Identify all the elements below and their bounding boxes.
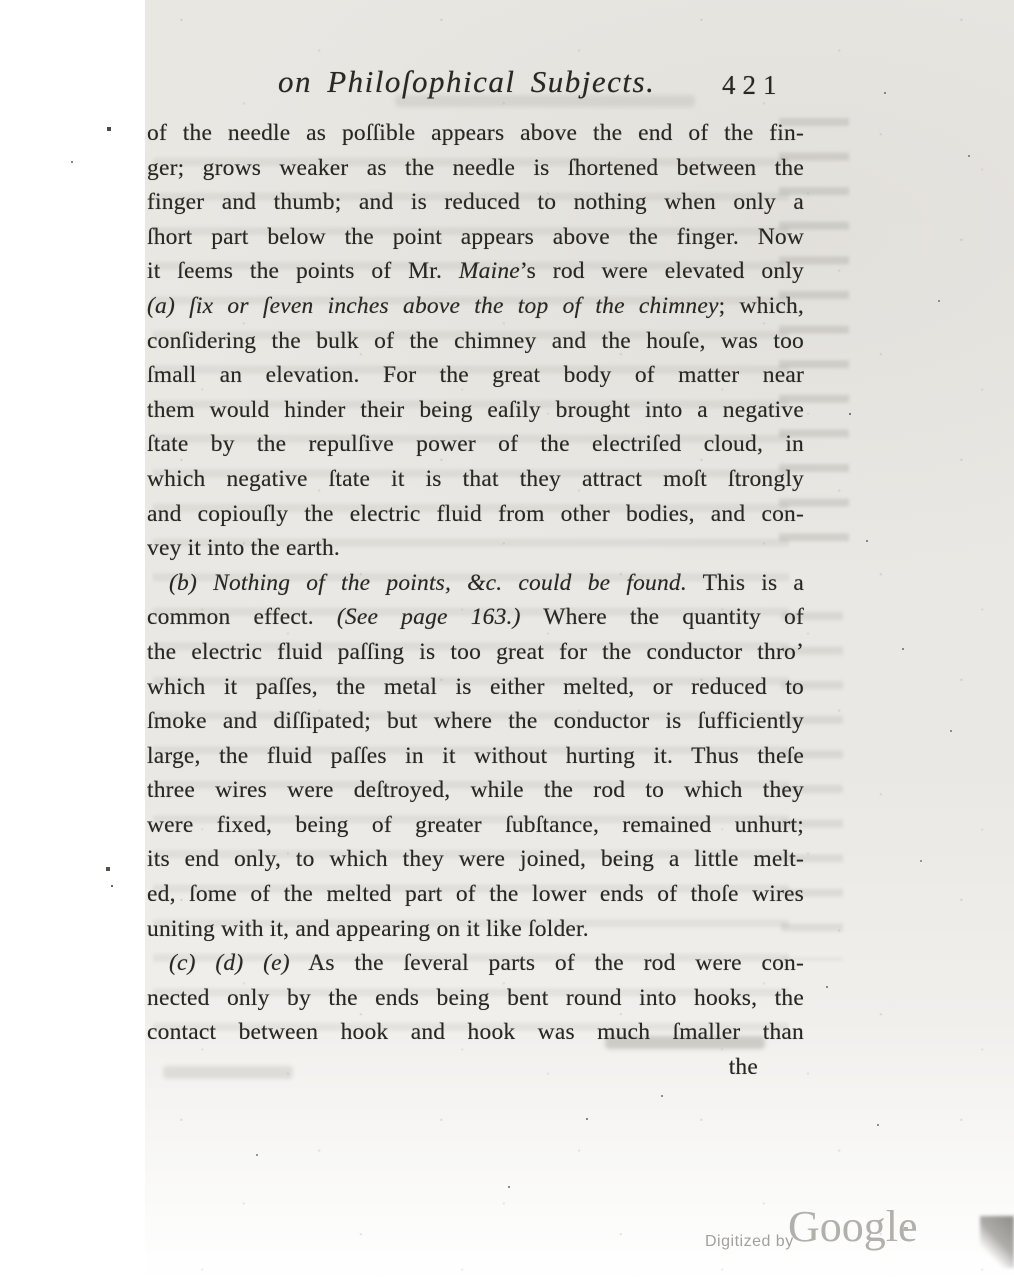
text-line: of the needle as poſſible appears above … <box>147 116 804 151</box>
text-line: (b) Nothing of the points, &c. could be … <box>147 566 804 601</box>
text-line: and copiouſly the electric fluid from ot… <box>147 497 804 532</box>
italic-text-segment: (b) Nothing of the points, &c. could be … <box>169 570 687 596</box>
text-segment: nected only by the ends being bent round… <box>147 985 804 1011</box>
paragraph: of the needle as poſſible appears above … <box>147 116 804 566</box>
text-segment: which negative ſtate it is that they att… <box>147 466 804 492</box>
text-segment: the electric fluid paſſing is too great … <box>147 639 804 665</box>
text-line: ſmoke and diſſipated; but where the cond… <box>147 704 804 739</box>
google-logo: Google <box>788 1201 918 1252</box>
text-segment: Where the quantity of <box>521 604 804 630</box>
text-line: them would hinder their being eaſily bro… <box>147 393 804 428</box>
text-line: were fixed, being of greater ſubſtance, … <box>147 808 804 843</box>
text-segment: ſhort part below the point appears above… <box>147 224 804 250</box>
text-line: (a) ſix or ſeven inches above the top of… <box>147 289 804 324</box>
text-line: (c) (d) (e) As the ſeveral parts of the … <box>147 946 804 981</box>
text-line: finger and thumb; and is reduced to noth… <box>147 185 804 220</box>
text-segment: common effect. <box>147 604 337 630</box>
text-line: common effect. (See page 163.) Where the… <box>147 600 804 635</box>
text-segment: This is a <box>687 570 804 596</box>
scan-specks <box>0 0 2 2</box>
text-line: three wires were deſtroyed, while the ro… <box>147 773 804 808</box>
text-segment: large, the fluid paſſes in it without hu… <box>147 743 804 769</box>
running-title: on Philoſophical Subjects. <box>278 64 655 100</box>
text-line: which it paſſes, the metal is either mel… <box>147 670 804 705</box>
text-segment: ſmoke and diſſipated; but where the cond… <box>147 708 804 734</box>
text-line: large, the fluid paſſes in it without hu… <box>147 739 804 774</box>
text-segment: uniting with it, and appearing on it lik… <box>147 916 589 942</box>
text-segment: it ſeems the points of Mr. <box>147 258 459 284</box>
italic-text-segment: (c) (d) (e) <box>169 950 290 976</box>
text-segment: three wires were deſtroyed, while the ro… <box>147 777 804 803</box>
text-line: uniting with it, and appearing on it lik… <box>147 912 804 947</box>
catchword: the <box>147 1050 804 1085</box>
text-line: which negative ſtate it is that they att… <box>147 462 804 497</box>
text-segment: and copiouſly the electric fluid from ot… <box>147 501 804 527</box>
text-segment: ger; grows weaker as the needle is ſhort… <box>147 155 804 181</box>
scanned-book-page: on Philoſophical Subjects. 421 of the ne… <box>0 0 1014 1282</box>
page-number: 421 <box>722 70 784 101</box>
text-block: of the needle as poſſible appears above … <box>147 116 804 1085</box>
text-segment: finger and thumb; and is reduced to noth… <box>147 189 804 215</box>
italic-text-segment: Maine <box>459 258 520 284</box>
text-line: its end only, to which they were joined,… <box>147 842 804 877</box>
text-line: ger; grows weaker as the needle is ſhort… <box>147 151 804 186</box>
text-line: it ſeems the points of Mr. Maine’s rod w… <box>147 254 804 289</box>
text-line: contact between hook and hook was much ſ… <box>147 1015 804 1050</box>
text-line: ed, ſome of the melted part of the lower… <box>147 877 804 912</box>
text-segment: which it paſſes, the metal is either mel… <box>147 674 804 700</box>
italic-text-segment: (See page 163.) <box>337 604 521 630</box>
text-segment: contact between hook and hook was much ſ… <box>147 1019 804 1045</box>
paragraph: (b) Nothing of the points, &c. could be … <box>147 566 804 947</box>
text-segment: ’s rod were elevated only <box>520 258 804 284</box>
scan-corner-blotch <box>980 1216 1014 1268</box>
text-segment: vey it into the earth. <box>147 535 340 561</box>
text-line: nected only by the ends being bent round… <box>147 981 804 1016</box>
paragraph: (c) (d) (e) As the ſeveral parts of the … <box>147 946 804 1050</box>
digitized-by-google-watermark: Digitized by Google <box>700 1205 1014 1275</box>
watermark-prefix-text: Digitized by <box>705 1233 794 1251</box>
text-line: conſidering the bulk of the chimney and … <box>147 324 804 359</box>
text-segment: ſmall an elevation. For the great body o… <box>147 362 804 388</box>
text-line: ſmall an elevation. For the great body o… <box>147 358 804 393</box>
text-line: the electric fluid paſſing is too great … <box>147 635 804 670</box>
text-segment: ed, ſome of the melted part of the lower… <box>147 881 804 907</box>
text-line: ſtate by the repulſive power of the elec… <box>147 427 804 462</box>
text-line: ſhort part below the point appears above… <box>147 220 804 255</box>
text-segment: conſidering the bulk of the chimney and … <box>147 328 804 354</box>
paper-sheet: on Philoſophical Subjects. 421 of the ne… <box>145 0 1014 1282</box>
text-segment: were fixed, being of greater ſubſtance, … <box>147 812 804 838</box>
text-segment: its end only, to which they were joined,… <box>147 846 804 872</box>
text-segment: ſtate by the repulſive power of the elec… <box>147 431 804 457</box>
text-segment: of the needle as poſſible appears above … <box>147 120 804 146</box>
text-segment: them would hinder their being eaſily bro… <box>147 397 804 423</box>
text-segment: ; which, <box>719 293 804 319</box>
italic-text-segment: (a) ſix or ſeven inches above the top of… <box>147 293 719 319</box>
text-line: vey it into the earth. <box>147 531 804 566</box>
text-segment: As the ſeveral parts of the rod were con… <box>290 950 804 976</box>
